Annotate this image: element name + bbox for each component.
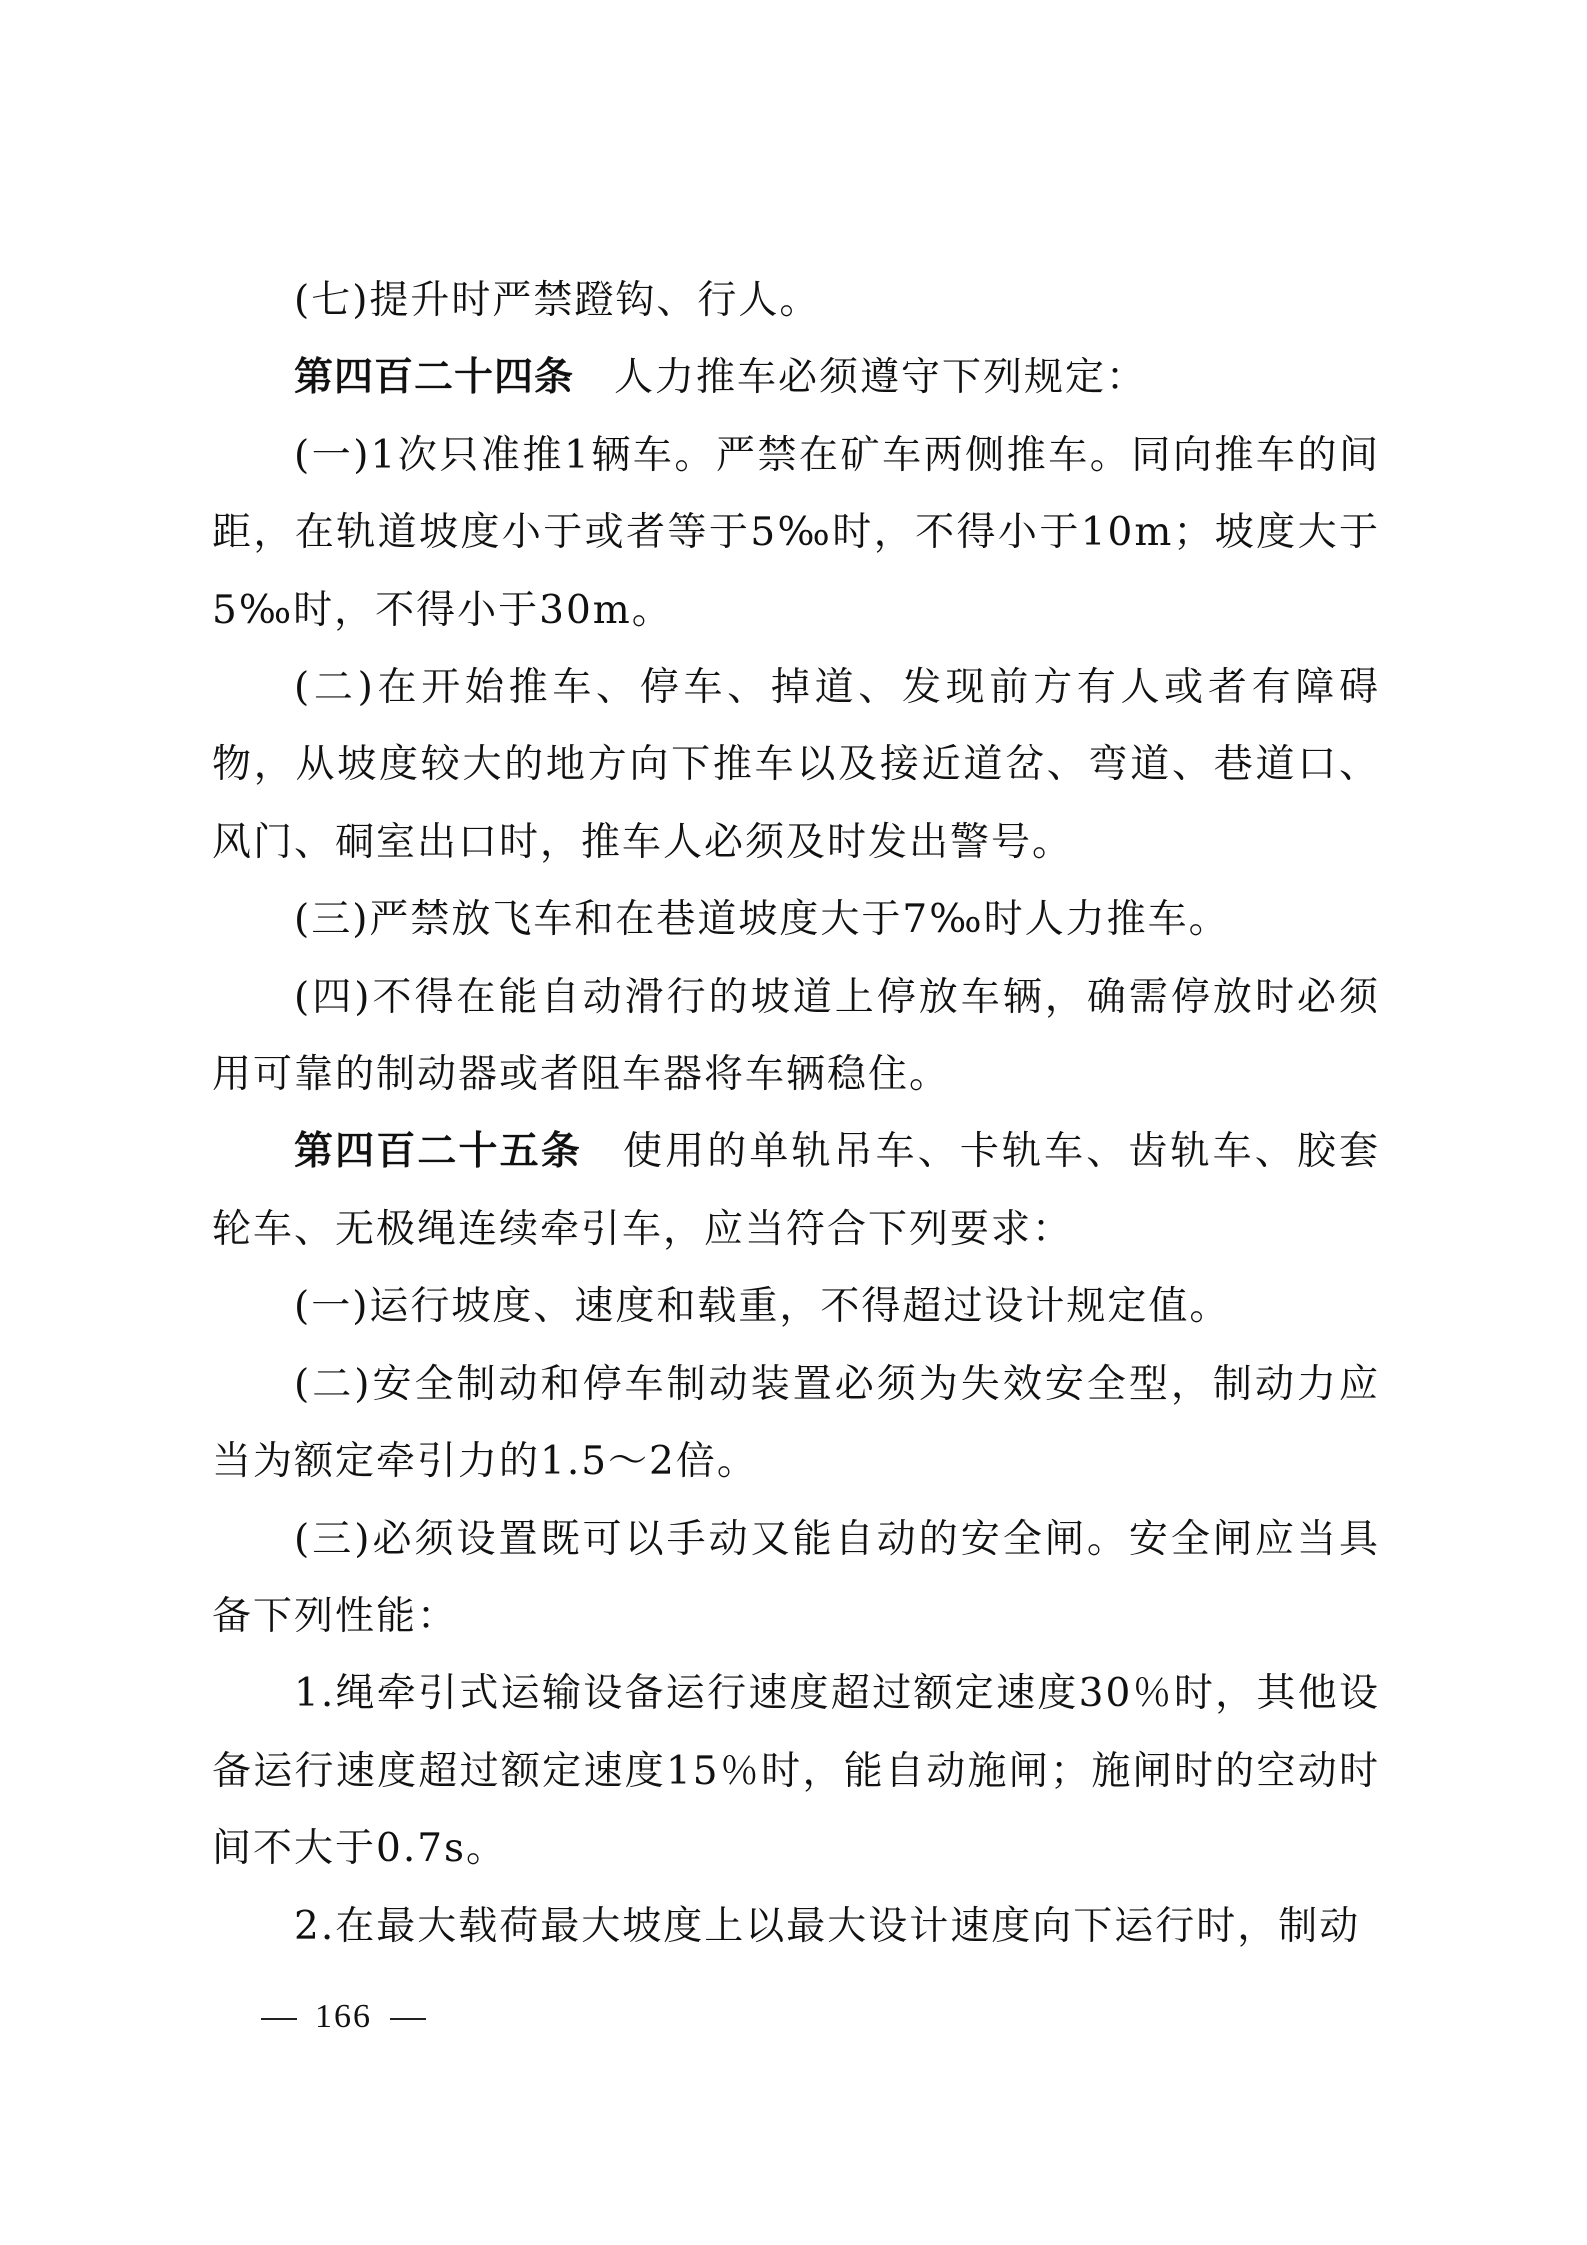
paragraph-text: (二)在开始推车、停车、掉道、发现前方有人或者有障碍物，从坡度较大的地方向下推车… xyxy=(212,665,1380,865)
paragraph-text: (三)必须设置既可以手动又能自动的安全闸。安全闸应当具备下列性能： xyxy=(212,1517,1380,1639)
paragraph-item-2: (二)安全制动和停车制动装置必须为失效安全型，制动力应当为额定牵引力的1.5～2… xyxy=(212,1346,1380,1501)
paragraph-item-3: (三)必须设置既可以手动又能自动的安全闸。安全闸应当具备下列性能： xyxy=(212,1501,1380,1656)
paragraph-text: (一)运行坡度、速度和载重，不得超过设计规定值。 xyxy=(294,1284,1230,1329)
paragraph-item-1: (一)运行坡度、速度和载重，不得超过设计规定值。 xyxy=(212,1268,1380,1345)
article-424: 第四百二十四条人力推车必须遵守下列规定： xyxy=(212,339,1380,416)
footer-dash-left xyxy=(261,2018,297,2020)
paragraph-text: 1.绳牵引式运输设备运行速度超过额定速度30％时，其他设备运行速度超过额定速度1… xyxy=(212,1671,1380,1871)
paragraph-text: (四)不得在能自动滑行的坡道上停放车辆，确需停放时必须用可靠的制动器或者阻车器将… xyxy=(212,975,1380,1097)
article-425: 第四百二十五条使用的单轨吊车、卡轨车、齿轨车、胶套轮车、无极绳连续牵引车，应当符… xyxy=(212,1113,1380,1268)
paragraph-item-1: (一)1次只准推1辆车。严禁在矿车两侧推车。同向推车的间距，在轨道坡度小于或者等… xyxy=(212,417,1380,649)
footer-dash-right xyxy=(390,2018,426,2020)
page-footer: 166 xyxy=(243,1992,444,2042)
paragraph-item-3: (三)严禁放飞车和在巷道坡度大于7‰时人力推车。 xyxy=(212,881,1380,958)
page-number: 166 xyxy=(315,1998,372,2035)
paragraph-item-2: (二)在开始推车、停车、掉道、发现前方有人或者有障碍物，从坡度较大的地方向下推车… xyxy=(212,649,1380,881)
paragraph-text: (七)提升时严禁蹬钩、行人。 xyxy=(294,278,820,323)
paragraph-text: (一)1次只准推1辆车。严禁在矿车两侧推车。同向推车的间距，在轨道坡度小于或者等… xyxy=(212,433,1380,633)
paragraph-text: 2.在最大载荷最大坡度上以最大设计速度向下运行时，制动 xyxy=(294,1904,1360,1949)
article-number: 第四百二十四条 xyxy=(294,355,574,400)
paragraph-text: (三)严禁放飞车和在巷道坡度大于7‰时人力推车。 xyxy=(294,897,1230,942)
paragraph-item-7: (七)提升时严禁蹬钩、行人。 xyxy=(212,262,1380,339)
paragraph-subitem-2: 2.在最大载荷最大坡度上以最大设计速度向下运行时，制动 xyxy=(212,1888,1380,1965)
document-page: (七)提升时严禁蹬钩、行人。 第四百二十四条人力推车必须遵守下列规定： (一)1… xyxy=(212,262,1380,1965)
paragraph-item-4: (四)不得在能自动滑行的坡道上停放车辆，确需停放时必须用可靠的制动器或者阻车器将… xyxy=(212,959,1380,1114)
article-text: 人力推车必须遵守下列规定： xyxy=(614,355,1147,400)
paragraph-subitem-1: 1.绳牵引式运输设备运行速度超过额定速度30％时，其他设备运行速度超过额定速度1… xyxy=(212,1655,1380,1887)
paragraph-text: (二)安全制动和停车制动装置必须为失效安全型，制动力应当为额定牵引力的1.5～2… xyxy=(212,1362,1380,1484)
article-number: 第四百二十五条 xyxy=(294,1129,582,1174)
